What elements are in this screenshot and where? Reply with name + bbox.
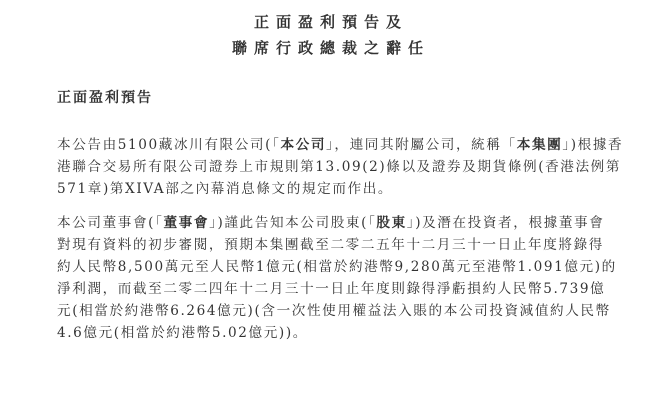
paragraph-line: 元(相當於約港幣6.264億元)(含一次性使用權益法入賬的本公司投資減值約人民幣 bbox=[57, 300, 577, 322]
paragraph-line: 對現有資料的初步審閱，預期本集團截至二零二五年十二月三十一日止年度將錄得 bbox=[57, 234, 577, 256]
paragraph-line: 本公告由5100藏冰川有限公司(「本公司」，連同其附屬公司，統稱「本集團」)根據… bbox=[57, 134, 577, 156]
defined-term-board: 董事會 bbox=[163, 215, 209, 231]
paragraph-line: 571章)第XIVA部之內幕消息條文的規定而作出。 bbox=[57, 178, 577, 200]
paragraph-announcement-basis: 本公告由5100藏冰川有限公司(「本公司」，連同其附屬公司，統稱「本集團」)根據… bbox=[57, 134, 577, 200]
defined-term-company: 本公司 bbox=[280, 137, 326, 153]
defined-term-shareholders: 股東 bbox=[376, 215, 406, 231]
text-segment: 」，連同其附屬公司，統稱「 bbox=[326, 137, 517, 153]
text-segment: 本公司董事會(「 bbox=[57, 215, 163, 231]
text-segment: 」)及潛在投資者，根據董事會 bbox=[407, 215, 605, 231]
document-title-line-1: 正面盈利預告及 bbox=[0, 12, 650, 32]
paragraph-line: 約人民幣8,500萬元至人民幣1億元(相當於約港幣9,280萬元至港幣1.091… bbox=[57, 256, 577, 278]
defined-term-group: 本集團 bbox=[517, 137, 563, 153]
paragraph-profit-forecast: 本公司董事會(「董事會」)謹此告知本公司股東(「股東」)及潛在投資者，根據董事會… bbox=[57, 212, 577, 344]
paragraph-line: 港聯合交易所有限公司證券上市規則第13.09(2)條以及證券及期貨條例(香港法例… bbox=[57, 156, 577, 178]
paragraph-line: 本公司董事會(「董事會」)謹此告知本公司股東(「股東」)及潛在投資者，根據董事會 bbox=[57, 212, 577, 234]
section-heading: 正面盈利預告 bbox=[57, 88, 153, 108]
announcement-page: 正面盈利預告及 聯席行政總裁之辭任 正面盈利預告 本公告由5100藏冰川有限公司… bbox=[0, 0, 650, 412]
paragraph-line: 淨利潤，而截至二零二四年十二月三十一日止年度則錄得淨虧損約人民幣5.739億 bbox=[57, 278, 577, 300]
text-segment: 」)謹此告知本公司股東(「 bbox=[209, 215, 376, 231]
paragraph-line: 4.6億元(相當於約港幣5.02億元))。 bbox=[57, 322, 577, 344]
text-segment: 本公告由5100藏冰川有限公司(「 bbox=[57, 137, 280, 153]
document-title-line-2: 聯席行政總裁之辭任 bbox=[0, 38, 650, 58]
text-segment: 」)根據香 bbox=[562, 137, 623, 153]
